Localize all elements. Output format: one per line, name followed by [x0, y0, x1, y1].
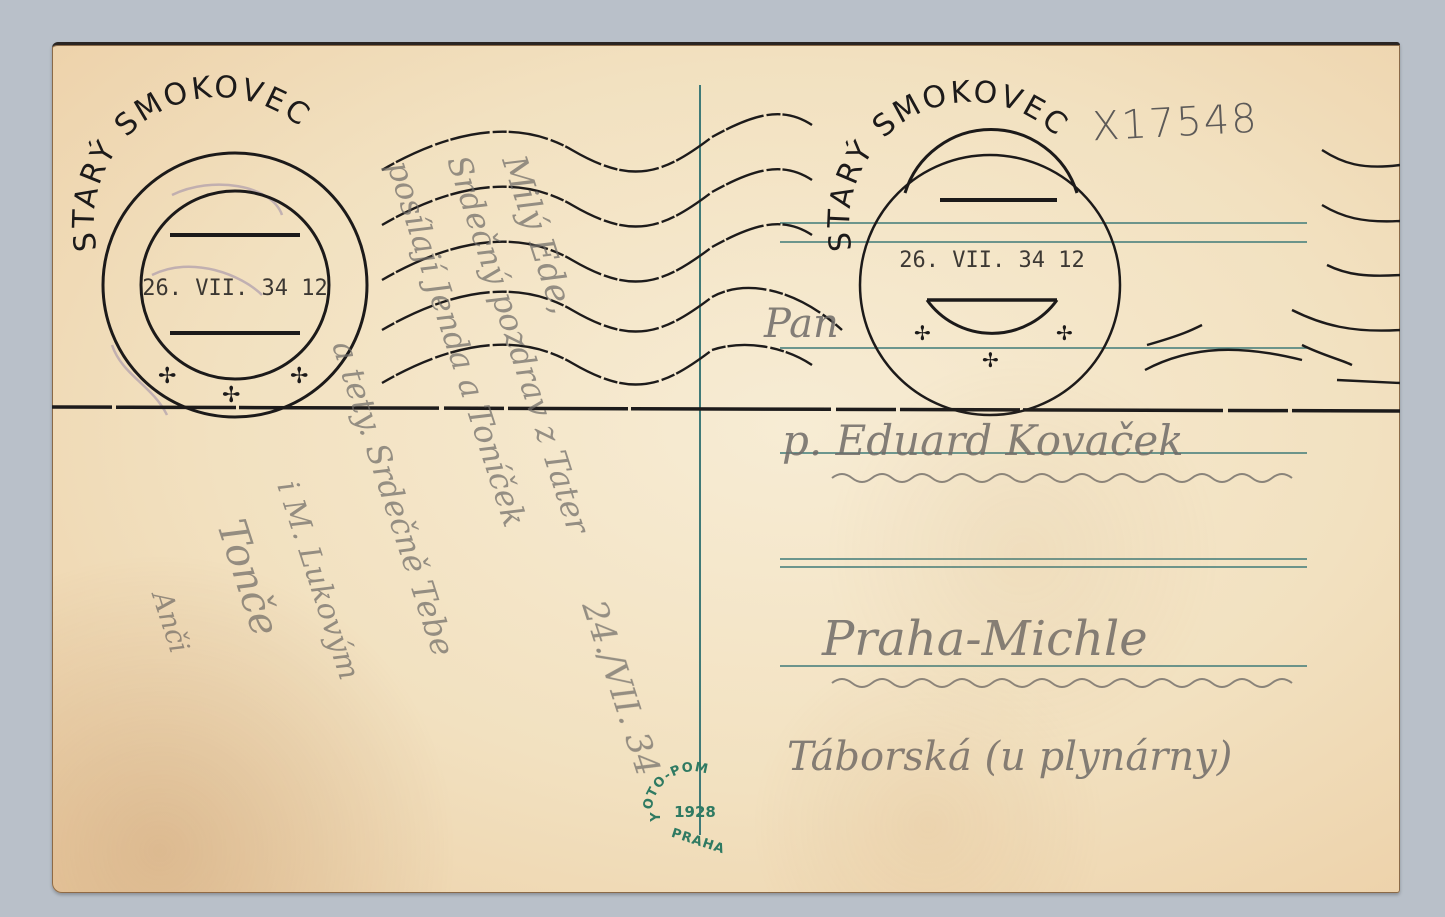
svg-text:✢: ✢	[914, 321, 931, 345]
svg-text:✢: ✢	[1056, 321, 1073, 345]
svg-text:✢: ✢	[158, 364, 176, 389]
signature-anci: Anči	[144, 584, 196, 657]
handwritten-address: Pan p. Eduard Kovaček Praha-Michle Tábor…	[763, 301, 1292, 780]
address-name-underline	[832, 474, 1292, 482]
signature-tonce: Tonče	[207, 514, 288, 642]
message-date: 24./VII. 34	[573, 594, 668, 780]
address-name: p. Eduard Kovaček	[782, 416, 1184, 465]
address-salutation: Pan	[763, 301, 839, 347]
postcard-back: X17548	[52, 42, 1400, 893]
address-city: Praha-Michle	[821, 611, 1148, 667]
cancellation-bar	[52, 407, 1400, 411]
address-street: Táborská (u plynárny)	[787, 734, 1232, 780]
handwritten-message: Milý Ede, Srdečný pozdrav z Tater posíla…	[144, 149, 667, 780]
svg-text:✢: ✢	[290, 364, 308, 389]
postcard-markings: STARÝ SMOKOVEC 26. VII. 34 12 ✢ ✢ ✢ STAR…	[52, 45, 1400, 893]
svg-text:i M. Lukovým: i M. Lukovým	[269, 477, 366, 684]
publisher-city: PRAHA	[669, 826, 726, 857]
postmark-right: STARÝ SMOKOVEC 26. VII. 34 12 ✢ ✢ ✢	[822, 74, 1120, 415]
postmark-left: STARÝ SMOKOVEC 26. VII. 34 12 ✢ ✢ ✢	[67, 70, 367, 417]
postmark-left-date: 26. VII. 34 12	[142, 276, 327, 301]
address-city-underline	[832, 679, 1292, 687]
svg-text:Y: Y	[649, 812, 664, 823]
publisher-year: 1928	[674, 803, 716, 821]
svg-text:✢: ✢	[982, 348, 999, 372]
postmark-right-date: 26. VII. 34 12	[899, 248, 1084, 273]
publisher-stamp: OTO-POM 1928 Y PRAHA	[641, 760, 727, 857]
svg-text:✢: ✢	[222, 383, 240, 408]
